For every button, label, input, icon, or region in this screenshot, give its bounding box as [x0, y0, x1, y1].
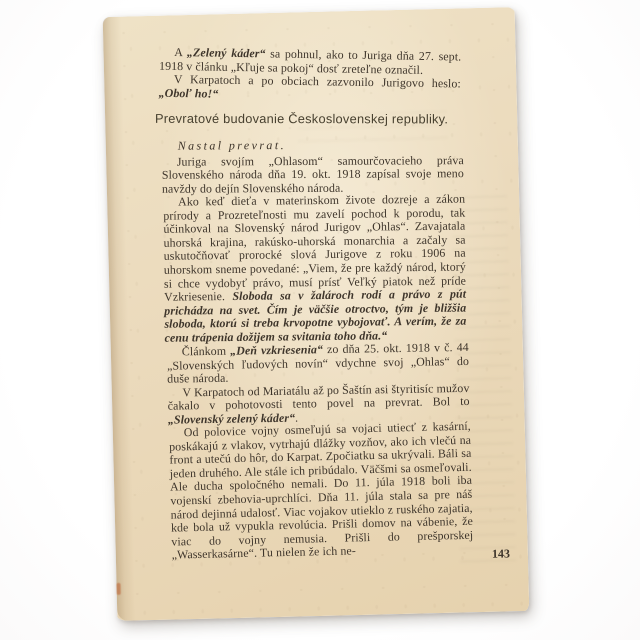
- paragraph-3: Juriga svojím „Ohlasom“ samourčovacieho …: [162, 154, 464, 196]
- book-page: A „Zelený káder“ sa pohnul, ako to Jurig…: [103, 7, 530, 621]
- text-run: Juriga svojím „Ohlasom“ samourčovacieho …: [162, 153, 464, 196]
- section-subheading: Nastal prevrat.: [162, 138, 464, 153]
- text-block: A „Zelený káder“ sa pohnul, ako to Jurig…: [159, 38, 474, 563]
- paragraph-4: Ako keď dieťa v materinskom živote dozre…: [163, 193, 467, 346]
- scan-background: A „Zelený káder“ sa pohnul, ako to Jurig…: [0, 0, 640, 640]
- page-curl-shadow: [103, 17, 136, 621]
- text-run: Článkom: [182, 344, 231, 359]
- soldiers-section: Od polovice vojny osmeľujú sa vojaci uti…: [169, 420, 474, 563]
- chapter-heading: Prevratové budovanie Československej rep…: [155, 112, 463, 126]
- edge-stain: [117, 583, 121, 595]
- intro-section: A „Zelený káder“ sa pohnul, ako to Jurig…: [159, 46, 462, 105]
- page-number: 143: [492, 546, 510, 561]
- text-run: V Karpatoch od Mariatálu až po Šaštín as…: [168, 381, 470, 413]
- prevrat-section: Nastal prevrat. Juriga svojím „Ohlasom“ …: [162, 138, 464, 196]
- article-section: Článkom „Deň vzkriesenia“ zo dňa 25. okt…: [167, 341, 470, 427]
- text-run: A: [174, 45, 187, 59]
- paragraph-5: Článkom „Deň vzkriesenia“ zo dňa 25. okt…: [167, 341, 470, 387]
- paragraph-7: Od polovice vojny osmeľujú sa vojaci uti…: [169, 420, 474, 563]
- emphasis-run: „Oboľ ho!“: [159, 86, 219, 101]
- prophecy-section: Ako keď dieťa v materinskom živote dozre…: [163, 193, 467, 346]
- paragraph-2: V Karpatoch a po obciach zazvonilo Jurig…: [159, 73, 461, 105]
- text-run: Od polovice vojny osmeľujú sa vojaci uti…: [169, 419, 473, 562]
